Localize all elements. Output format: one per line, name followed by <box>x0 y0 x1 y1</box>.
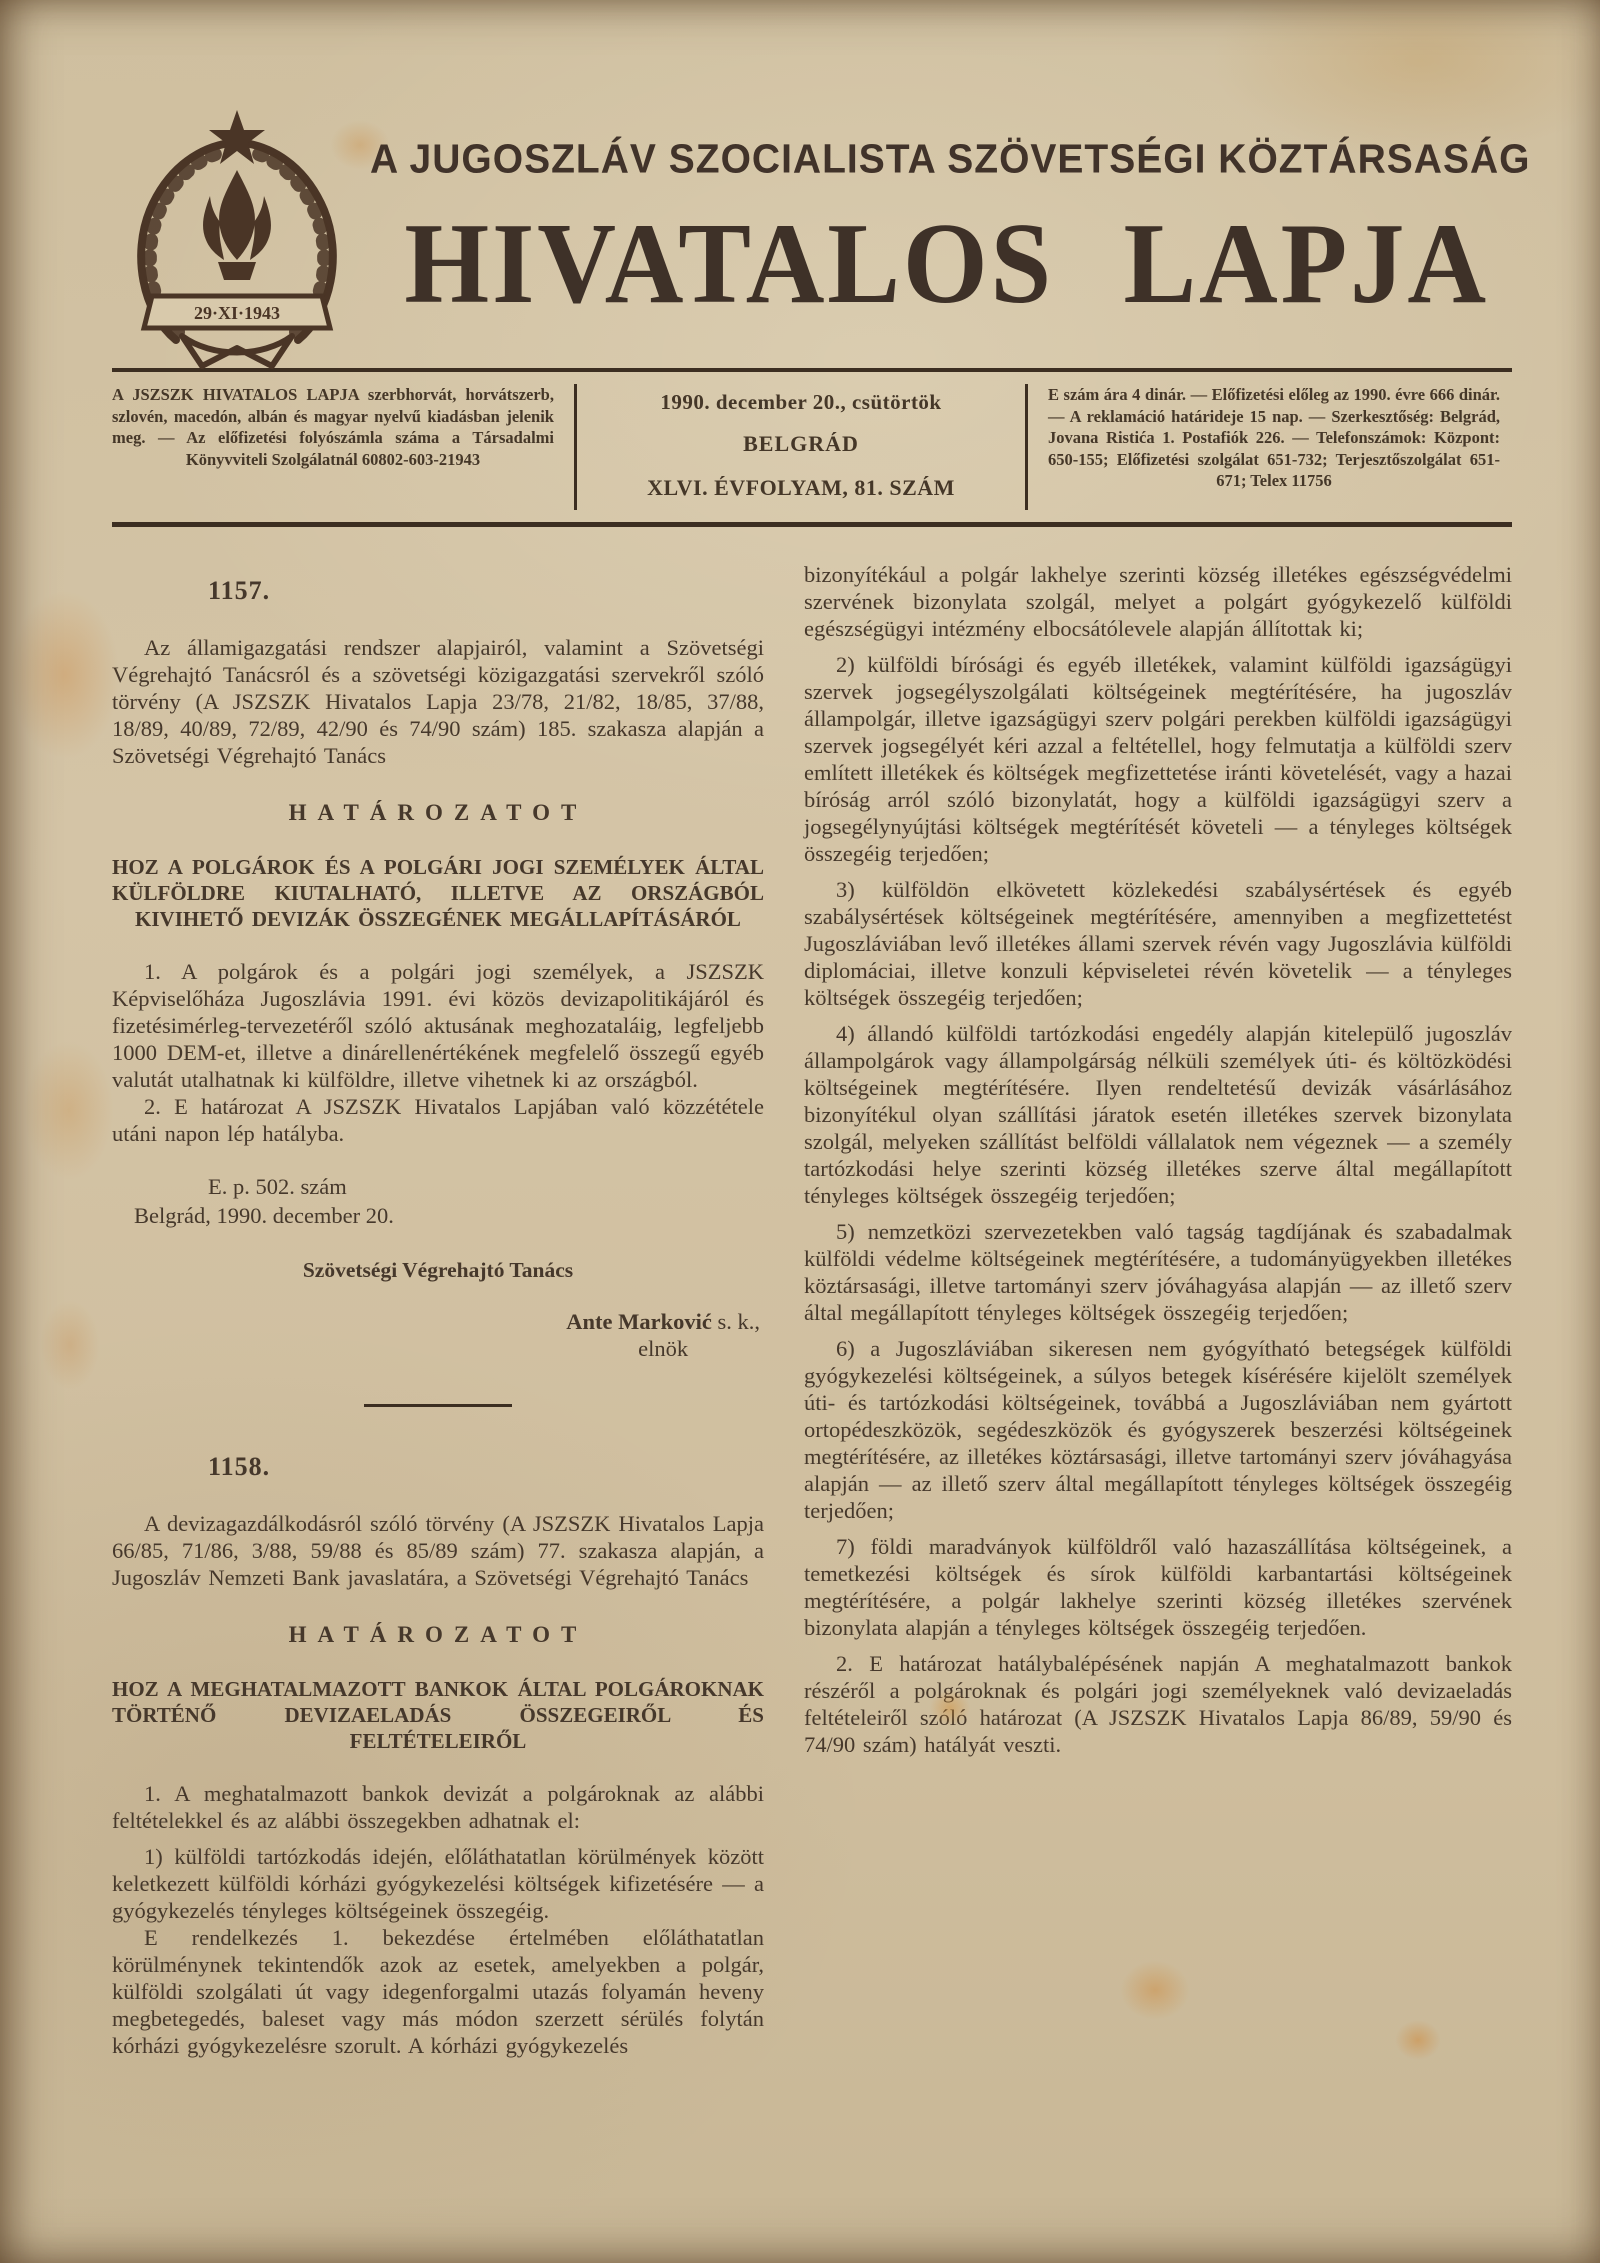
article-1158: 1158. A devizagazdálkodásról szóló törvé… <box>112 1453 764 2059</box>
masthead: 29·XI·1943 A JUGOSZLÁV SZOCIALISTA SZÖVE… <box>0 0 1600 368</box>
paragraph: 1. A meghatalmazott bankok devizát a pol… <box>112 1780 764 1834</box>
signature-ref: E. p. 502. szám <box>208 1173 764 1200</box>
paragraph: 2) külföldi bírósági és egyéb illetékek,… <box>804 651 1512 867</box>
article-number: 1157. <box>208 577 764 604</box>
signatory-role: elnök <box>566 1335 760 1362</box>
info-bar: A JSZSZK HIVATALOS LAPJA szerbhorvát, ho… <box>0 372 1600 522</box>
masthead-text: A JUGOSZLÁV SZOCIALISTA SZÖVETSÉGI KÖZTÁ… <box>370 138 1516 331</box>
signature-issuer: Szövetségi Végrehajtó Tanács <box>112 1257 764 1284</box>
section-divider <box>364 1404 512 1407</box>
decree-title: HOZ A POLGÁROK ÉS A POLGÁRI JOGI SZEMÉLY… <box>112 854 764 932</box>
signatory-line: Ante Marković s. k., <box>566 1308 760 1335</box>
signatory-name: Ante Marković <box>566 1309 712 1334</box>
paragraph: 6) a Jugoszláviában sikeresen nem gyógyí… <box>804 1335 1512 1524</box>
decree-heading: HATÁROZATOT <box>112 799 764 826</box>
paragraph: 1) külföldi tartózkodás idején, előlátha… <box>112 1843 764 1924</box>
article-number: 1158. <box>208 1453 764 1480</box>
column-right: bizonyítékául a polgár lakhelye szerinti… <box>804 561 1512 2059</box>
issue-city: BELGRÁD <box>597 431 1005 457</box>
article-intro: Az államigazgatási rendszer alapjairól, … <box>112 634 764 769</box>
paragraph: 3) külföldön elkövetett közlekedési szab… <box>804 876 1512 1011</box>
article-intro: A devizagazdálkodásról szóló törvény (A … <box>112 1510 764 1591</box>
signature-place-date: Belgrád, 1990. december 20. <box>134 1202 764 1229</box>
gazette-page: 29·XI·1943 A JUGOSZLÁV SZOCIALISTA SZÖVE… <box>0 0 1600 2263</box>
gazette-title: HIVATALOS LAPJA <box>404 198 1481 331</box>
coat-of-arms-icon: 29·XI·1943 <box>122 104 352 385</box>
issue-info: 1990. december 20., csütörtök BELGRÁD XL… <box>597 384 1005 510</box>
publication-note: A JSZSZK HIVATALOS LAPJA szerbhorvát, ho… <box>112 384 554 510</box>
paragraph: E rendelkezés 1. bekezdése értelmében el… <box>112 1924 764 2059</box>
paragraph: bizonyítékául a polgár lakhelye szerinti… <box>804 561 1512 642</box>
issue-date: 1990. december 20., csütörtök <box>597 390 1005 415</box>
subscription-note: E szám ára 4 dinár. — Előfizetési előleg… <box>1048 384 1500 510</box>
info-divider <box>1025 384 1028 510</box>
paragraph: 5) nemzetközi szervezetekben való tagság… <box>804 1218 1512 1326</box>
article-1157: 1157. Az államigazgatási rendszer alapja… <box>112 577 764 1407</box>
column-left: 1157. Az államigazgatási rendszer alapja… <box>112 561 764 2059</box>
info-divider <box>574 384 577 510</box>
paragraph: 4) állandó külföldi tartózkodási engedél… <box>804 1020 1512 1209</box>
signatory-suffix: s. k., <box>712 1309 760 1334</box>
issue-volume: XLVI. ÉVFOLYAM, 81. SZÁM <box>597 475 1005 501</box>
emblem-date: 29·XI·1943 <box>194 303 280 323</box>
decree-title: HOZ A MEGHATALMAZOTT BANKOK ÁLTAL POLGÁR… <box>112 1676 764 1754</box>
paragraph: 2. E határozat A JSZSZK Hivatalos Lapjáb… <box>112 1093 764 1147</box>
country-line: A JUGOSZLÁV SZOCIALISTA SZÖVETSÉGI KÖZTÁ… <box>370 137 1516 183</box>
content-columns: 1157. Az államigazgatási rendszer alapja… <box>0 527 1600 2059</box>
paragraph: 2. E határozat hatálybalépésének napján … <box>804 1650 1512 1758</box>
decree-heading: HATÁROZATOT <box>112 1621 764 1648</box>
paragraph: 7) földi maradványok külföldről való haz… <box>804 1533 1512 1641</box>
signature-block: Ante Marković s. k., elnök <box>566 1308 760 1362</box>
paragraph: 1. A polgárok és a polgári jogi személye… <box>112 958 764 1093</box>
